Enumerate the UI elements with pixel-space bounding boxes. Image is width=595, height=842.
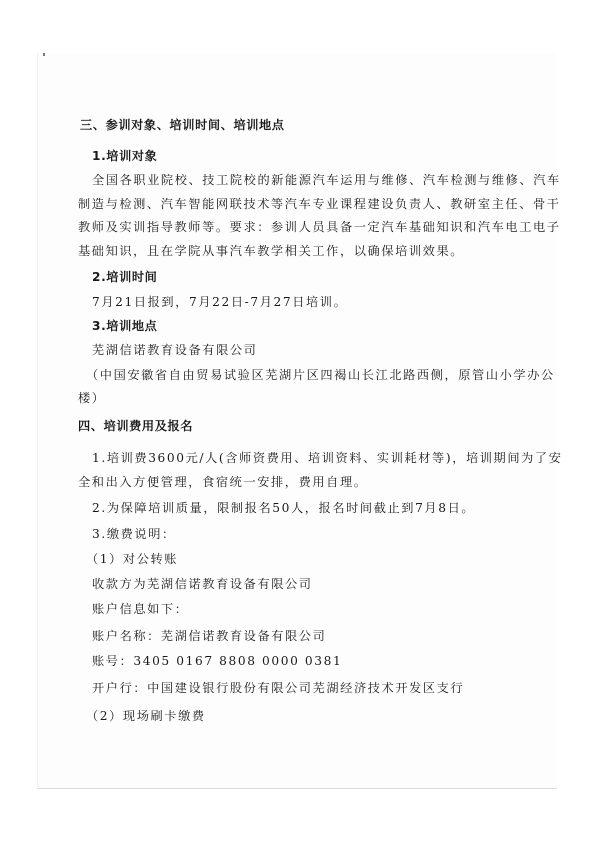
- fee-line-2: 全和出入方便管理，食宿统一安排，费用自理。: [78, 474, 368, 490]
- bank-name: 开户行：中国建设银行股份有限公司芜湖经济技术开发区支行: [92, 680, 464, 696]
- item2-heading: 2.培训时间: [92, 269, 157, 285]
- section4-heading: 四、培训费用及报名: [78, 418, 193, 434]
- item1-line-1: 全国各职业院校、技工院校的新能源汽车运用与维修、汽车检测与维修、汽车: [92, 172, 561, 188]
- account-info-label: 账户信息如下：: [92, 601, 189, 617]
- venue-address-line-1: （中国安徽省自由贸易试验区芜湖片区四褐山长江北路西侧，原管山小学办公: [86, 367, 555, 383]
- section3-heading: 三、参训对象、培训时间、培训地点: [80, 117, 285, 133]
- account-name: 账户名称：芜湖信诺教育设备有限公司: [92, 628, 326, 644]
- payee: 收款方为芜湖信诺教育设备有限公司: [92, 576, 313, 592]
- item3-heading: 3.培训地点: [92, 318, 157, 334]
- venue-company: 芜湖信诺教育设备有限公司: [92, 342, 257, 358]
- venue-address-line-2: 楼）: [78, 390, 106, 406]
- registration-limit: 2.为保障培训质量，限制报名50人，报名时间截止到7月8日。: [92, 500, 475, 516]
- item1-line-4: 基础知识，且在学院从事汽车教学相关工作，以确保培训效果。: [78, 243, 464, 259]
- account-number: 账号：3405 0167 8808 0000 0381: [92, 653, 342, 669]
- payment-option-1: （1）对公转账: [86, 551, 178, 567]
- item1-line-2: 制造与检测、汽车智能网联技术等汽车专业课程建设负责人、教研室主任、骨干: [78, 196, 561, 212]
- item1-heading: 1.培训对象: [92, 148, 157, 164]
- payment-heading: 3.缴费说明：: [92, 526, 176, 542]
- item1-line-3: 教师及实训指导教师等。要求：参训人员具备一定汽车基础知识和汽车电工电子: [78, 219, 561, 235]
- fee-line-1: 1.培训费3600元/人(含师资费用、培训资料、实训耗材等)，培训期间为了安: [92, 450, 563, 466]
- training-dates: 7月21日报到，7月22日-7月27日培训。: [92, 294, 347, 310]
- payment-option-2: （2）现场刷卡缴费: [86, 708, 206, 724]
- scan-corner-mark: [43, 53, 45, 56]
